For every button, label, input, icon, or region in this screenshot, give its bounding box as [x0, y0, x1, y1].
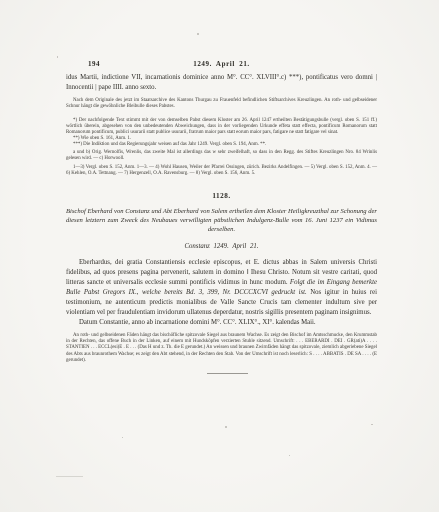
- scan-speck: [57, 56, 58, 58]
- entry-datum: Datum Constantie, anno ab incarnatione d…: [66, 318, 377, 328]
- scan-smudge: [56, 476, 83, 477]
- footnote-star: *) Der nachfolgende Text stimmt mit der …: [66, 118, 377, 136]
- page-header: 194 1249. April 21.: [66, 60, 377, 71]
- provenance-note: Nach dem Originale des jetzt im Staatsar…: [66, 98, 377, 111]
- entry-number: 1128.: [66, 192, 377, 200]
- footnote-letters: a und b) Orig. Wernolfis, Wrenlis, das z…: [66, 150, 377, 162]
- scan-speck: [225, 426, 227, 428]
- page-number: 194: [88, 60, 100, 68]
- scan-speck: [122, 437, 123, 438]
- previous-entry-closing-text: idus Martii, indictione VII, incarnation…: [66, 73, 377, 93]
- scan-speck: [371, 424, 373, 425]
- footnote-triple-star: ***) Die Indiktion und das Regierungsjah…: [66, 142, 377, 148]
- running-head-date: 1249. April 21.: [66, 60, 377, 68]
- footnote-numbers: 1—3) Vergl. oben S. 152, Anm. 1—3. — 4) …: [66, 165, 377, 177]
- scan-speck: [197, 33, 199, 35]
- scanned-book-page: 194 1249. April 21. idus Martii, indicti…: [0, 0, 439, 512]
- text-block: 194 1249. April 21. idus Martii, indicti…: [66, 60, 377, 374]
- footnotes-block: *) Der nachfolgende Text stimmt mit der …: [66, 118, 377, 177]
- entry-regest: Bischof Eberhard von Constanz und Abt Eb…: [66, 207, 377, 234]
- scan-speck: [289, 455, 290, 456]
- section-divider: [207, 373, 248, 374]
- entry-dateline: Constanz 1249. April 21.: [66, 243, 377, 250]
- entry-body: Eberhardus, dei gratia Constantiensis ec…: [66, 258, 377, 318]
- seal-description: An roth- und gelbseidenen Fäden hängt da…: [66, 333, 377, 365]
